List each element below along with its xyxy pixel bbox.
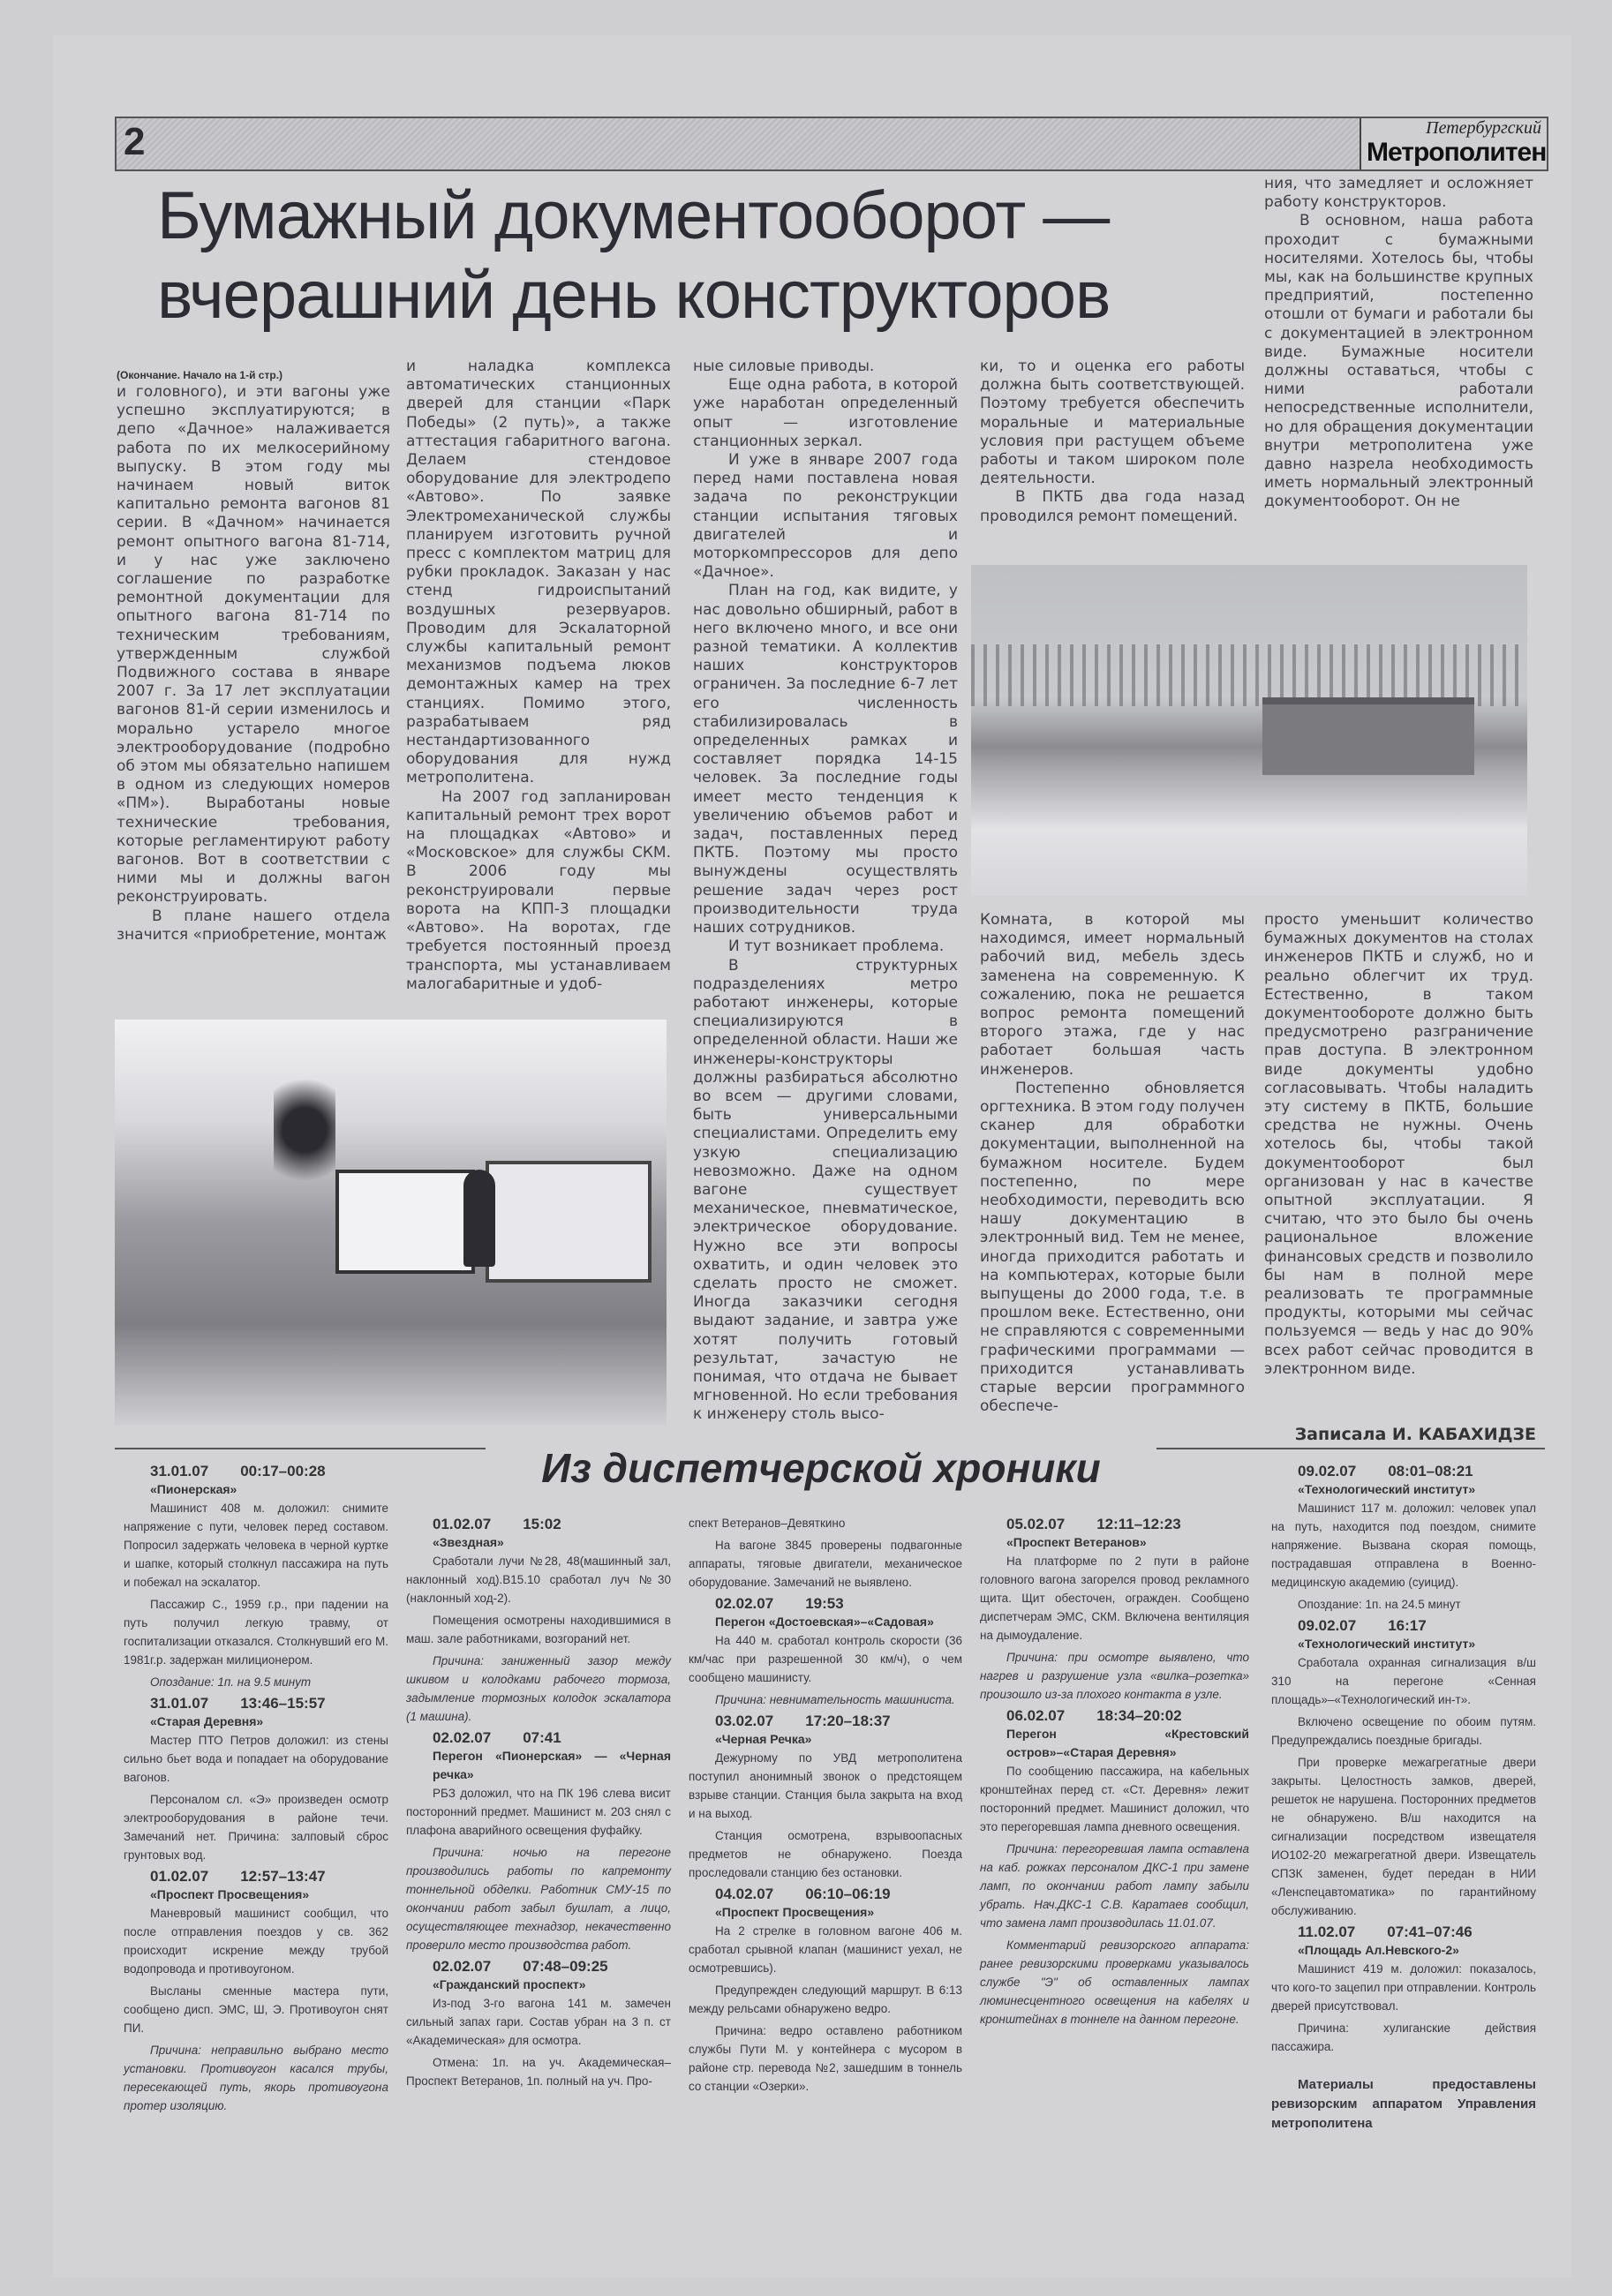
entry-time: 08:01–08:21 [1388, 1463, 1473, 1479]
article-column-5-top: ния, что замедляет и осложняет работу ко… [1264, 175, 1533, 512]
entry-datetime: 05.02.0712:11–12:23 [980, 1516, 1249, 1533]
entry-datetime: 31.01.0700:17–00:28 [124, 1463, 388, 1480]
chronicle-column-5: 09.02.0708:01–08:21«Технологический инст… [1271, 1461, 1536, 2137]
entry-datetime: 11.02.0707:41–07:46 [1271, 1923, 1536, 1941]
entry-location: «Проспект Просвещения» [689, 1903, 962, 1922]
entry-datetime: 06.02.0718:34–20:02 [980, 1707, 1249, 1725]
entry-text: По сообщению пассажира, на кабельных кро… [980, 1762, 1249, 1836]
paragraph: И тут возникает проблема. [693, 937, 958, 956]
entry-text: На 2 стрелке в головном вагоне 406 м. ср… [689, 1922, 962, 1977]
entry-date: 02.02.07 [433, 1958, 491, 1975]
entry-text: Опоздание: 1п. на 24.5 минут [1271, 1595, 1536, 1614]
entry-text: Включено освещение по обоим путям. Преду… [1271, 1713, 1536, 1750]
entry-text: Сработала охранная сигнализация в/ш 310 … [1271, 1653, 1536, 1709]
paragraph: ния, что замедляет и осложняет работу ко… [1264, 175, 1533, 212]
masthead-bar: 2 Петербургский Метрополитен [115, 117, 1548, 171]
entry-date: 11.02.07 [1298, 1923, 1355, 1940]
entry-text: Причина: ведро оставлено работником служ… [689, 2021, 962, 2096]
entry-location: «Проспект Просвещения» [124, 1886, 388, 1904]
entry-time: 00:17–00:28 [240, 1463, 325, 1479]
monitor-shape [486, 1161, 652, 1283]
paragraph: и наладка комплекса автоматических станц… [406, 358, 671, 788]
entry-date: 01.02.07 [150, 1868, 208, 1885]
entry-date: 31.01.07 [150, 1695, 208, 1712]
entry-date: 31.01.07 [150, 1463, 208, 1479]
entry-text: Машинист 117 м. доложил: человек упал на… [1271, 1499, 1536, 1592]
entry-location: «Технологический институт» [1271, 1480, 1536, 1499]
entry-text: Из-под 3-го вагона 141 м. замечен сильны… [406, 1994, 671, 2050]
chronicle-title: Из диспетчерской хроники [486, 1444, 1156, 1492]
entry-text: Предупрежден следующий маршрут. В 6:13 м… [689, 1981, 962, 2018]
headline-line-1: Бумажный документооборот — [157, 178, 1109, 253]
article-column-3: ные силовые приводы. Еще одна работа, в … [693, 358, 958, 1425]
article-column-1: (Окончание. Начало на 1-й стр.) и головн… [117, 369, 390, 945]
paragraph: Еще одна работа, в которой уже наработан… [693, 376, 958, 451]
entry-text: На 440 м. сработал контроль скорости (36… [689, 1631, 962, 1687]
entry-datetime: 01.02.0712:57–13:47 [124, 1868, 388, 1886]
entry-location: «Гражданский проспект» [406, 1976, 671, 1994]
paragraph: ки, то и оценка его работы должна быть с… [980, 358, 1245, 488]
entry-location: Перегон «Крестовский остров»–«Старая Дер… [980, 1725, 1249, 1762]
entry-date: 09.02.07 [1298, 1617, 1356, 1634]
chronicle-column-2: 01.02.0715:02«Звездная»Сработали лучи №2… [406, 1514, 671, 2094]
entry-date: 01.02.07 [433, 1516, 491, 1532]
entry-time: 19:53 [805, 1595, 843, 1612]
entry-date: 03.02.07 [715, 1713, 773, 1729]
paragraph: В основном, наша работа проходит с бумаж… [1264, 212, 1533, 511]
continuation-note: (Окончание. Начало на 1-й стр.) [117, 369, 390, 381]
entry-text: Персоналом сл. «Э» произведен осмотр эле… [124, 1790, 388, 1864]
chronicle-column-4: 05.02.0712:11–12:23«Проспект Ветеранов»Н… [980, 1514, 1249, 2032]
paragraph: ные силовые приводы. [693, 358, 958, 376]
entry-time: 07:48–09:25 [523, 1958, 607, 1975]
entry-text: Причина: невнимательность машиниста. [689, 1690, 962, 1709]
entry-text: Машинист 419 м. доложил: показалось, что… [1271, 1960, 1536, 2015]
entry-date: 02.02.07 [433, 1729, 491, 1746]
article-column-4-top: ки, то и оценка его работы должна быть с… [980, 358, 1245, 526]
entry-text: спект Ветеранов–Девяткино [689, 1514, 962, 1532]
entry-text: Машинист 408 м. доложил: снимите напряже… [124, 1499, 388, 1592]
entry-text: Причина: ночью на перегоне производились… [406, 1843, 671, 1954]
entry-time: 13:46–15:57 [240, 1695, 325, 1712]
page-number: 2 [124, 120, 145, 164]
plant-silhouette [274, 1064, 335, 1196]
entry-location: «Звездная» [406, 1533, 671, 1552]
monitor-shape [335, 1170, 475, 1274]
entry-text: Помещения осмотрены находившимися в маш.… [406, 1611, 671, 1648]
article-headline: Бумажный документооборот — вчерашний ден… [157, 177, 1243, 335]
entry-datetime: 02.02.0707:41 [406, 1729, 671, 1747]
paragraph: просто уменьшит количество бумажных доку… [1264, 911, 1533, 1379]
logo-subtitle: Петербургский [1426, 118, 1541, 139]
headline-line-2: вчерашний день конструкторов [157, 258, 1110, 333]
chronicle-column-1: 31.01.0700:17–00:28«Пионерская»Машинист … [124, 1461, 388, 2119]
entry-location: «Черная Речка» [689, 1730, 962, 1749]
chronicle-credit: Материалы предоставлены ревизорским аппа… [1271, 2075, 1536, 2134]
paragraph: И уже в январе 2007 года перед нами пост… [693, 451, 958, 582]
article-column-2: и наладка комплекса автоматических станц… [406, 358, 671, 994]
article-byline: Записала И. КАБАХИДЗЕ [1254, 1425, 1536, 1444]
article-column-5-bottom: просто уменьшит количество бумажных доку… [1264, 911, 1533, 1379]
paragraph: Комната, в которой мы находимся, имеет н… [980, 911, 1245, 1080]
entry-datetime: 01.02.0715:02 [406, 1516, 671, 1533]
entry-text: Опоздание: 1п. на 9.5 минут [124, 1673, 388, 1691]
entry-datetime: 03.02.0717:20–18:37 [689, 1713, 962, 1730]
entry-date: 06.02.07 [1006, 1707, 1065, 1724]
entry-location: «Технологический институт» [1271, 1635, 1536, 1653]
entry-location: «Пионерская» [124, 1480, 388, 1499]
article-column-4-bottom: Комната, в которой мы находимся, имеет н… [980, 911, 1245, 1416]
entry-text: Сработали лучи №28, 48(машинный зал, нак… [406, 1552, 671, 1607]
entry-text: Отмена: 1п. на уч. Академическая–Проспек… [406, 2053, 671, 2090]
entry-datetime: 09.02.0716:17 [1271, 1617, 1536, 1635]
entry-text: Маневровый машинист сообщил, что после о… [124, 1904, 388, 1978]
entry-time: 15:02 [523, 1516, 561, 1532]
entry-datetime: 31.01.0713:46–15:57 [124, 1695, 388, 1713]
paragraph: На 2007 год запланирован капитальный рем… [406, 788, 671, 994]
entry-location: Перегон «Пионерская» — «Черная речка» [406, 1747, 671, 1784]
entry-time: 06:10–06:19 [805, 1886, 890, 1902]
entry-time: 17:20–18:37 [805, 1713, 890, 1729]
entry-text: При проверке межагрегатные двери закрыты… [1271, 1753, 1536, 1920]
entry-datetime: 02.02.0707:48–09:25 [406, 1958, 671, 1976]
office-photo [115, 1020, 667, 1426]
entry-text: Дежурному по УВД метрополитена поступил … [689, 1749, 962, 1823]
paragraph: и головного), и эти вагоны уже успешно э… [117, 383, 390, 907]
entry-datetime: 02.02.0719:53 [689, 1595, 962, 1613]
entry-text: На вагоне 3845 проверены подвагонные апп… [689, 1536, 962, 1592]
entry-datetime: 09.02.0708:01–08:21 [1271, 1463, 1536, 1480]
entry-date: 04.02.07 [715, 1886, 773, 1902]
building-photo [971, 565, 1527, 896]
entry-text: Мастер ПТО Петров доложил: из стены силь… [124, 1731, 388, 1787]
entry-location: «Проспект Ветеранов» [980, 1533, 1249, 1552]
entry-time: 12:11–12:23 [1096, 1516, 1180, 1532]
paragraph: Постепенно обновляется оргтехника. В это… [980, 1080, 1245, 1417]
entry-date: 09.02.07 [1298, 1463, 1356, 1479]
entry-location: «Площадь Ал.Невского-2» [1271, 1941, 1536, 1960]
entry-location: Перегон «Достоевская»–«Садовая» [689, 1613, 962, 1631]
entry-text: Пассажир С., 1959 г.р., при падении на п… [124, 1595, 388, 1669]
entry-time: 07:41 [523, 1729, 561, 1746]
paragraph: В структурных подразделениях метро работ… [693, 957, 958, 1425]
person-silhouette [463, 1170, 495, 1267]
entry-time: 18:34–20:02 [1096, 1707, 1181, 1724]
entry-text: Причина: перегоревшая лампа оставлена на… [980, 1840, 1249, 1932]
building-shape [1262, 697, 1474, 775]
entry-text: На платформе по 2 пути в районе головног… [980, 1552, 1249, 1645]
entry-text: Причина: неправильно выбрано место устан… [124, 2041, 388, 2115]
newspaper-logo: Петербургский Метрополитен [1360, 118, 1547, 169]
entry-location: «Старая Деревня» [124, 1713, 388, 1731]
entry-text: Станция осмотрена, взрывоопасных предмет… [689, 1826, 962, 1882]
paragraph: В плане нашего отдела значится «приобрет… [117, 907, 390, 945]
logo-title: Метрополитен [1367, 138, 1546, 168]
entry-text: Причина: при осмотре выявлено, что нагре… [980, 1648, 1249, 1704]
entry-text: Причина: заниженный зазор между шкивом и… [406, 1652, 671, 1726]
paragraph: В ПКТБ два года назад проводился ремонт … [980, 488, 1245, 525]
paragraph: План на год, как видите, у нас довольно … [693, 582, 958, 937]
entry-time: 16:17 [1388, 1617, 1426, 1634]
entry-text: Комментарий ревизорского аппарата: ранее… [980, 1936, 1249, 2029]
entry-date: 02.02.07 [715, 1595, 773, 1612]
entry-text: РБЗ доложил, что на ПК 196 слева висит п… [406, 1784, 671, 1840]
entry-text: Высланы сменные мастера пути, сообщено д… [124, 1982, 388, 2037]
chronicle-column-3: спект Ветеранов–ДевяткиноНа вагоне 3845 … [689, 1514, 962, 2099]
entry-text: Причина: хулиганские действия пассажира. [1271, 2019, 1536, 2056]
entry-time: 12:57–13:47 [240, 1868, 325, 1885]
entry-date: 05.02.07 [1006, 1516, 1065, 1532]
entry-time: 07:41–07:46 [1387, 1923, 1472, 1940]
entry-datetime: 04.02.0706:10–06:19 [689, 1886, 962, 1903]
